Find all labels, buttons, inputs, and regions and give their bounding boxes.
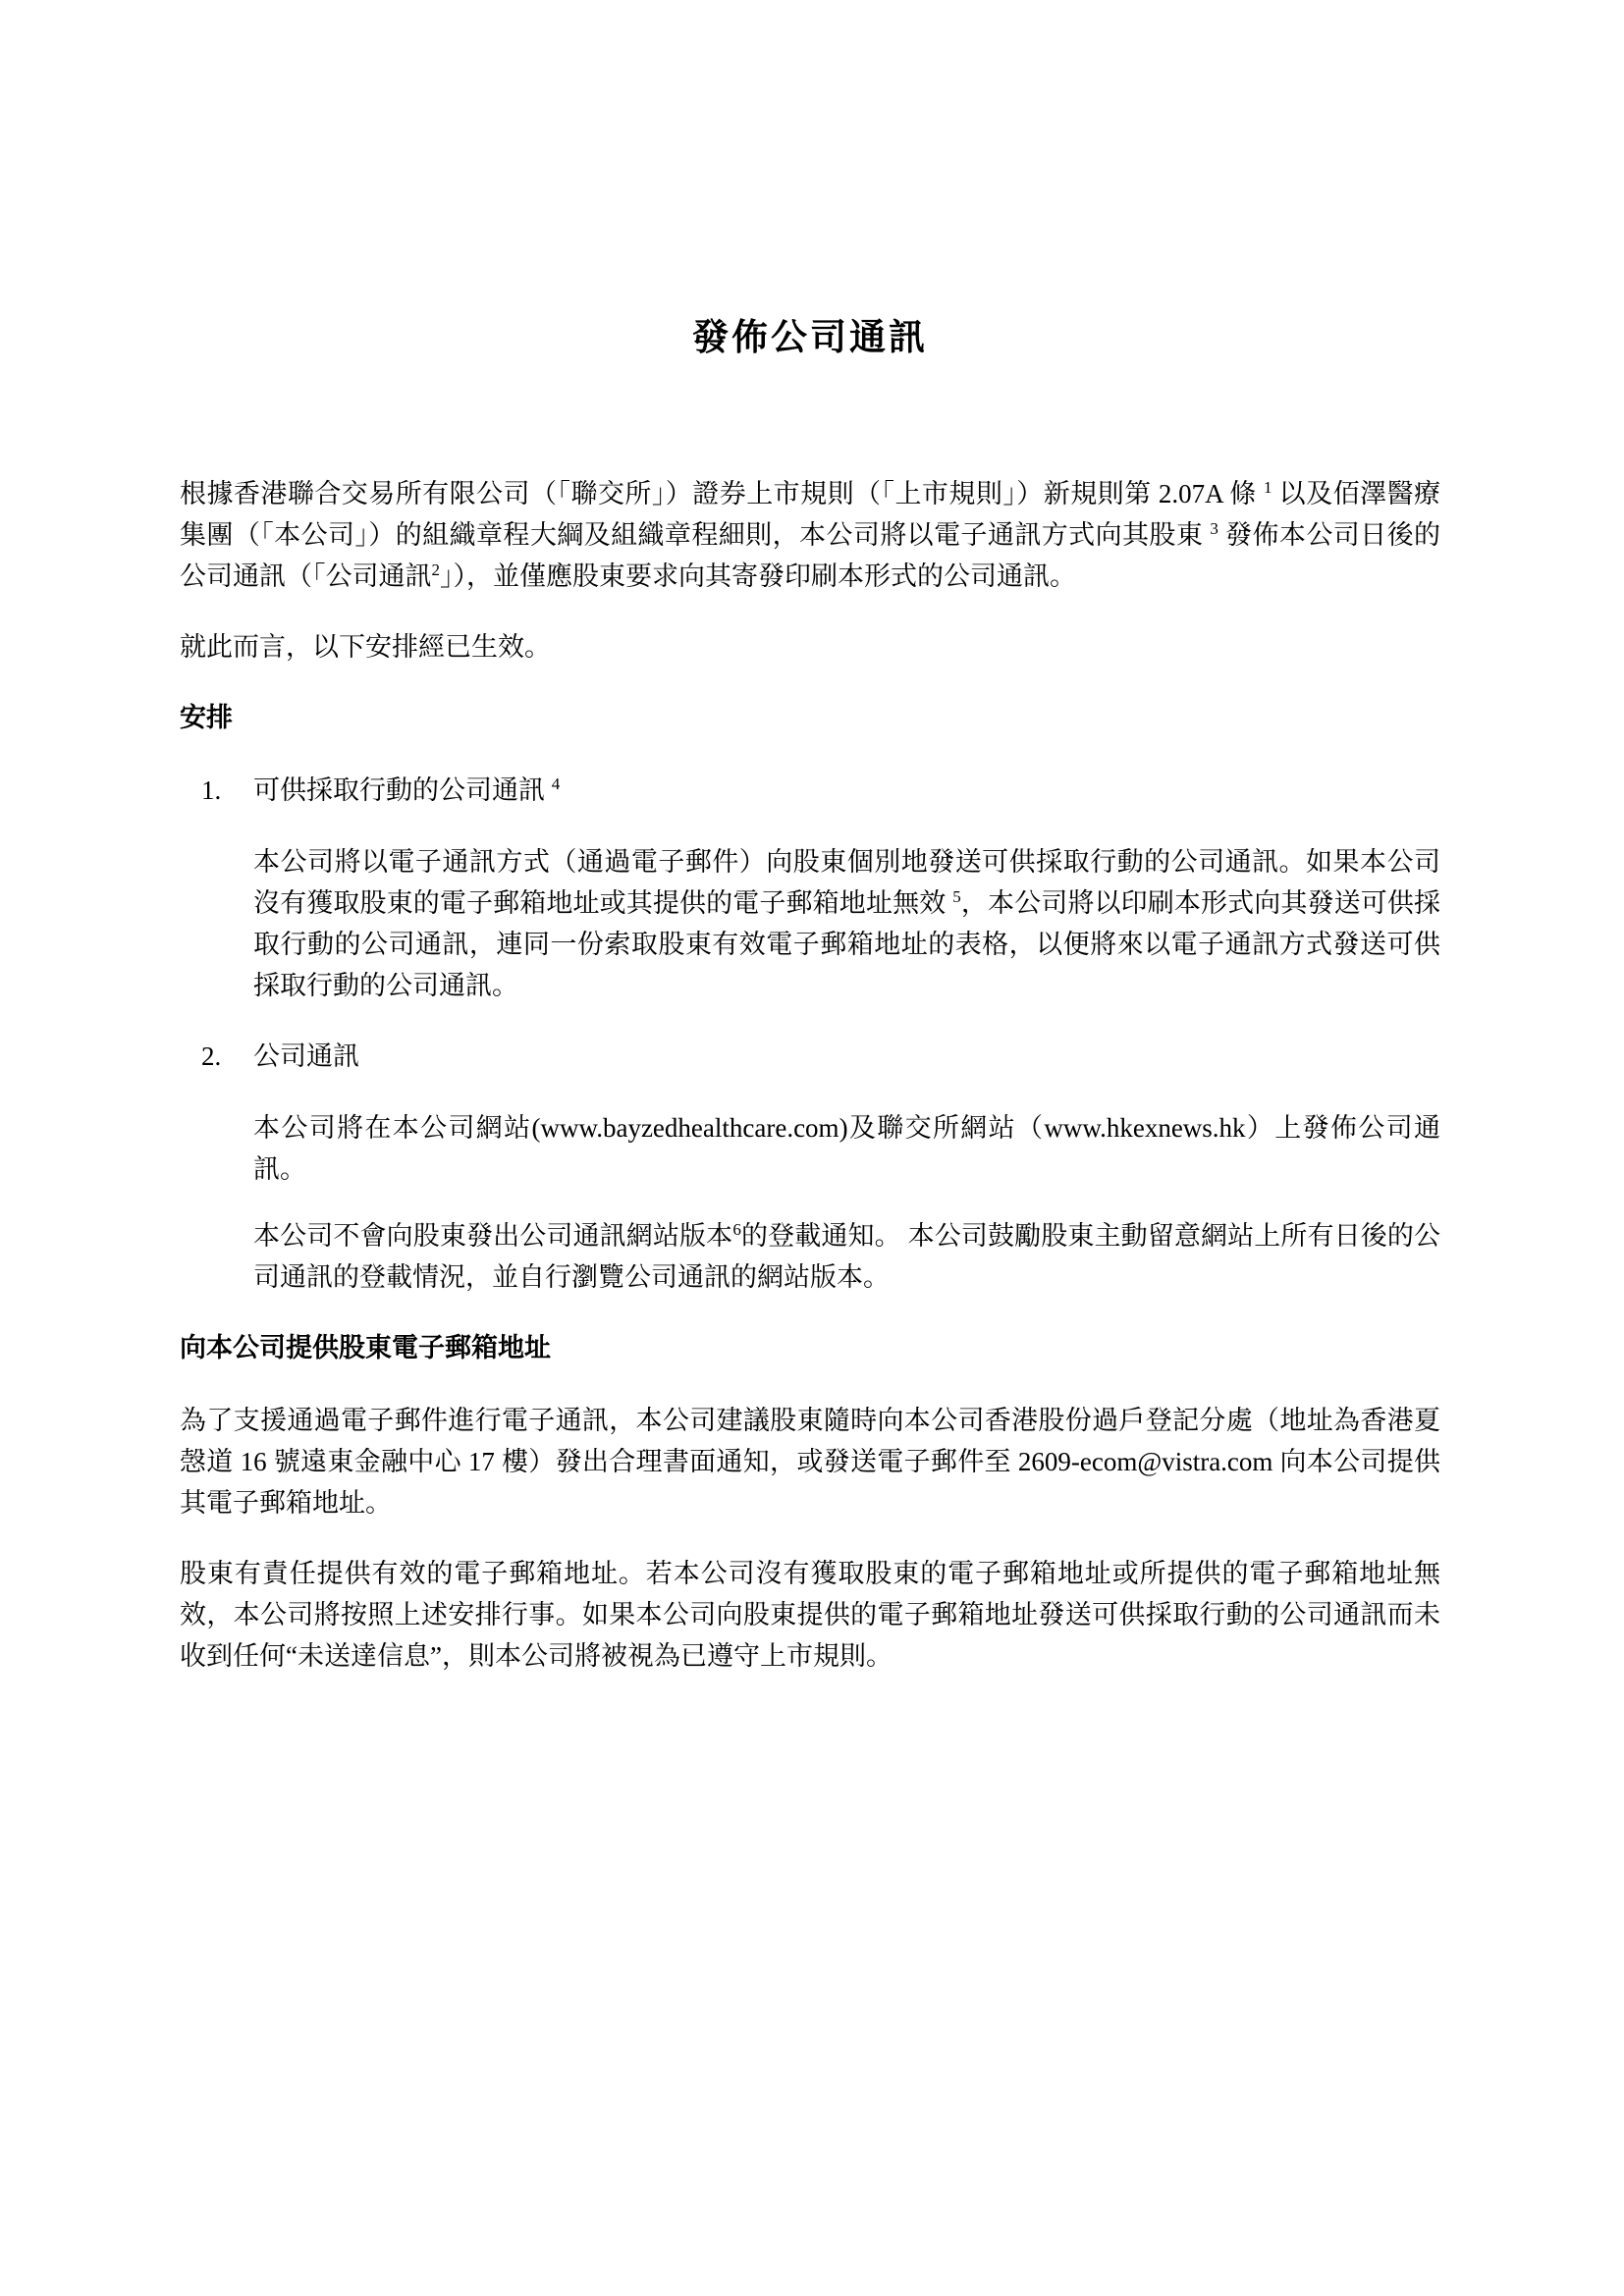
item1-title-text: 可供採取行動的公司通訊 bbox=[253, 775, 552, 805]
list-item-actionable-communications: 1. 可供採取行動的公司通訊 4 本公司將以電子通訊方式（通過電子郵件）向股東個… bbox=[180, 770, 1440, 1006]
item2-websites-text-1: 本公司將在本公司網站( bbox=[253, 1113, 540, 1143]
list-body-1: 可供採取行動的公司通訊 4 本公司將以電子通訊方式（通過電子郵件）向股東個別地發… bbox=[253, 770, 1440, 1006]
item2-title: 公司通訊 bbox=[253, 1036, 1440, 1077]
item2-notification-text-1: 本公司不會向股東發出公司通訊網站版本 bbox=[253, 1221, 732, 1251]
arrangement-heading: 安排 bbox=[180, 697, 1440, 738]
document-page: 發佈公司通訊 根據香港聯合交易所有限公司（「聯交所」）證券上市規則（「上市規則」… bbox=[0, 0, 1624, 2296]
list-number-1: 1. bbox=[180, 770, 253, 1006]
item2-notification-paragraph: 本公司不會向股東發出公司通訊網站版本6的登載通知。 本公司鼓勵股東主動留意網站上… bbox=[253, 1215, 1440, 1298]
intro-paragraph: 根據香港聯合交易所有限公司（「聯交所」）證券上市規則（「上市規則」）新規則第 2… bbox=[180, 473, 1440, 597]
intro-text-4: 」），並僅應股東要求向其寄發印刷本形式的公司通訊。 bbox=[440, 561, 1076, 591]
footnote-ref-6: 6 bbox=[732, 1220, 741, 1239]
intro-text-1: 根據香港聯合交易所有限公司（「聯交所」）證券上市規則（「上市規則」）新規則第 2… bbox=[180, 479, 1264, 508]
list-item-corporate-communications: 2. 公司通訊 本公司將在本公司網站(www.bayzedhealthcare.… bbox=[180, 1036, 1440, 1298]
footnote-ref-2: 2 bbox=[432, 561, 441, 579]
item2-websites-paragraph: 本公司將在本公司網站(www.bayzedhealthcare.com)及聯交所… bbox=[253, 1107, 1440, 1190]
shareholder-responsibility-paragraph: 股東有責任提供有效的電子郵箱地址。若本公司沒有獲取股東的電子郵箱地址或所提供的電… bbox=[180, 1553, 1440, 1677]
email-address-heading: 向本公司提供股東電子郵箱地址 bbox=[180, 1327, 1440, 1368]
registrar-email-address: 2609-ecom@vistra.com bbox=[1018, 1447, 1273, 1476]
hkex-website-url: www.hkexnews.hk bbox=[1044, 1113, 1245, 1143]
document-title: 發佈公司通訊 bbox=[180, 316, 1440, 361]
footnote-ref-4: 4 bbox=[552, 774, 561, 793]
list-number-2: 2. bbox=[180, 1036, 253, 1298]
email-support-paragraph: 為了支援通過電子郵件進行電子通訊，本公司建議股東隨時向本公司香港股份過戶登記分處… bbox=[180, 1400, 1440, 1523]
company-website-url: www.bayzedhealthcare.com bbox=[540, 1113, 839, 1143]
item2-websites-text-2: )及聯交所網站（ bbox=[839, 1113, 1045, 1143]
item1-title: 可供採取行動的公司通訊 4 bbox=[253, 770, 1440, 811]
effective-paragraph: 就此而言，以下安排經已生效。 bbox=[180, 626, 1440, 667]
item1-body-paragraph: 本公司將以電子通訊方式（通過電子郵件）向股東個別地發送可供採取行動的公司通訊。如… bbox=[253, 841, 1440, 1006]
list-body-2: 公司通訊 本公司將在本公司網站(www.bayzedhealthcare.com… bbox=[253, 1036, 1440, 1298]
footnote-ref-3: 3 bbox=[1210, 519, 1218, 538]
footnote-ref-5: 5 bbox=[952, 887, 961, 906]
